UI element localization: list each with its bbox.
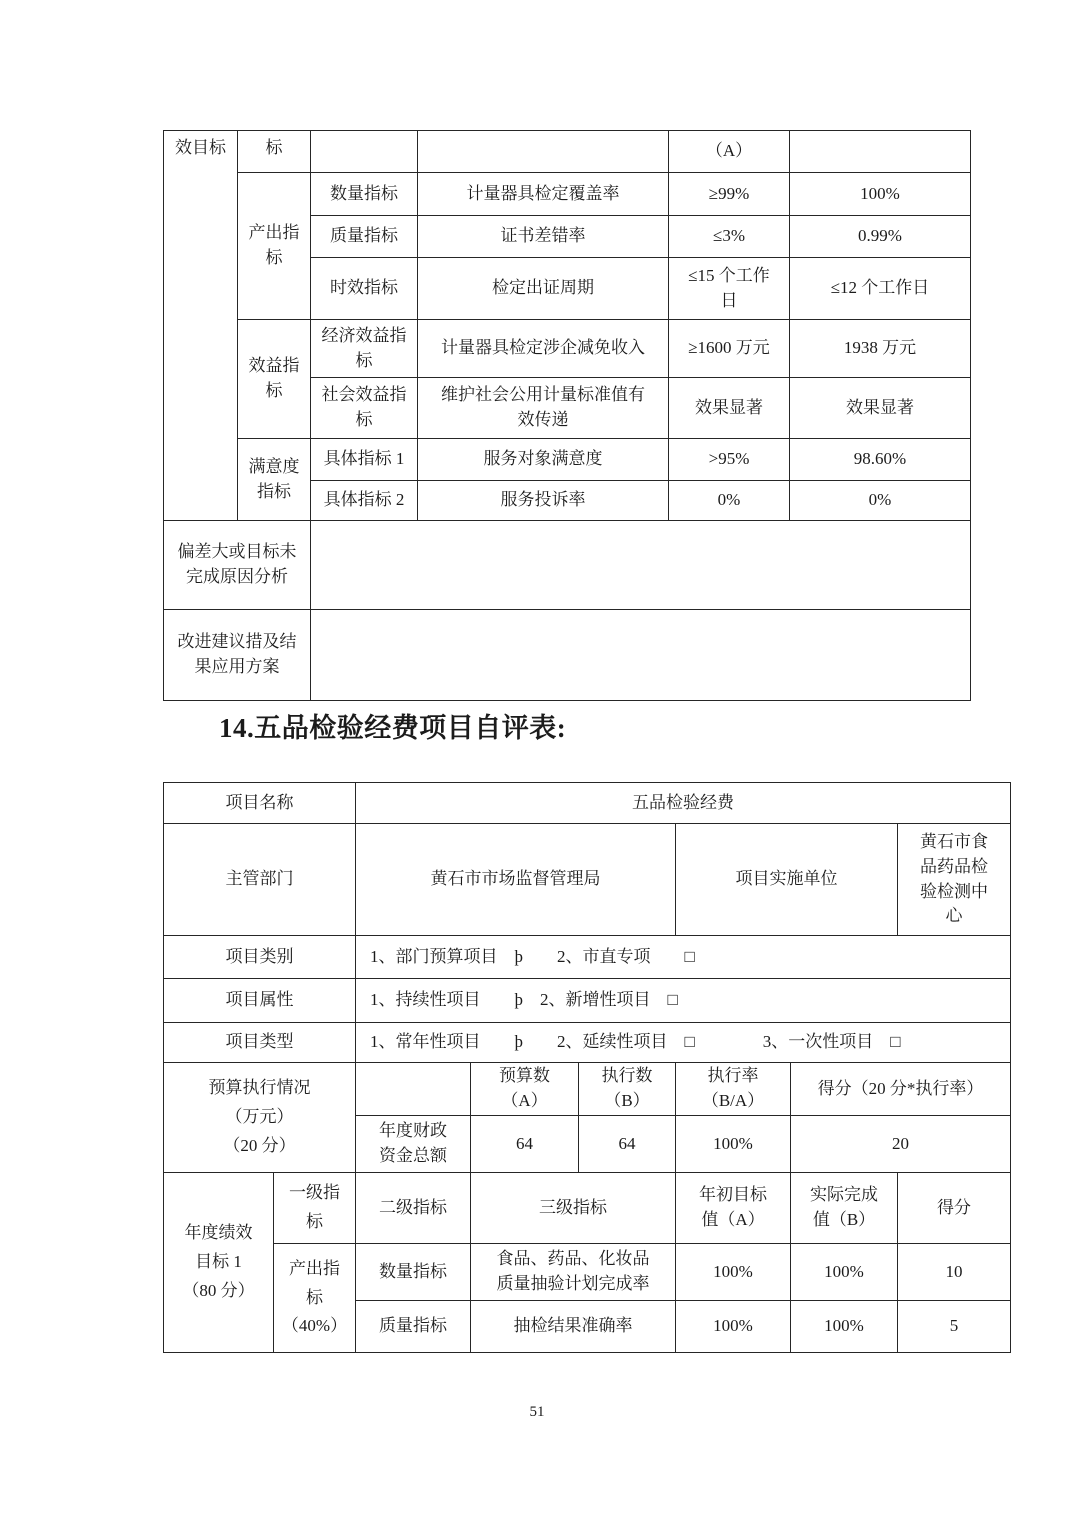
improvement-value [311, 610, 971, 701]
t2-row-budget-header: 预算执行情况 （万元） （20 分） 预算数 （A） 执行数 （B） 执行率 （… [164, 1063, 1011, 1116]
budget-value-score: 20 [791, 1116, 1011, 1173]
deviation-label: 偏差大或目标未 完成原因分析 [164, 521, 311, 610]
t1-level2-cell: 具体指标 1 [311, 439, 418, 481]
perf-level2-cell: 数量指标 [356, 1244, 471, 1301]
impl-value: 黄石市食 品药品检 验检测中 心 [898, 824, 1011, 936]
t1-level3-cell: 服务对象满意度 [418, 439, 669, 481]
t2-row-project-name: 项目名称 五品检验经费 [164, 783, 1011, 824]
perf-actual-header: 实际完成 值（B） [791, 1173, 898, 1244]
perf-label: 年度绩效 目标 1 （80 分） [164, 1173, 274, 1353]
section-heading: 14.五品检验经费项目自评表: [219, 706, 566, 745]
t1-level2-cell: 社会效益指 标 [311, 378, 418, 439]
t1-col5-partial: （A） [669, 131, 790, 173]
t1-actual-cell: 效果显著 [790, 378, 971, 439]
t1-level3-cell: 计量器具检定涉企减免收入 [418, 320, 669, 378]
performance-indicators-table: 效目标 标 （A） 产出指 标 数量指标 计量器具检定覆盖率 ≥99% 100%… [163, 130, 971, 701]
category-value: 1、部门预算项目 þ 2、市直专项 □ [356, 936, 1011, 979]
perf-score-cell: 5 [898, 1301, 1011, 1353]
budget-label: 预算执行情况 （万元） （20 分） [164, 1063, 356, 1173]
t2-row-category: 项目类别 1、部门预算项目 þ 2、市直专项 □ [164, 936, 1011, 979]
t1-group-satisfaction: 满意度 指标 [238, 439, 311, 521]
dept-value: 黄石市市场监督管理局 [356, 824, 676, 936]
t1-level3-cell: 证书差错率 [418, 216, 669, 258]
perf-target-header: 年初目标 值（A） [676, 1173, 791, 1244]
t1-row-satisfaction1: 满意度 指标 具体指标 1 服务对象满意度 >95% 98.60% [164, 439, 971, 481]
t1-actual-cell: 98.60% [790, 439, 971, 481]
t1-target-cell: >95% [669, 439, 790, 481]
perf-actual-cell: 100% [791, 1301, 898, 1353]
t1-target-cell: 效果显著 [669, 378, 790, 439]
perf-score-cell: 10 [898, 1244, 1011, 1301]
t1-group-output: 产出指 标 [238, 173, 311, 320]
t1-target-cell: ≥1600 万元 [669, 320, 790, 378]
budget-value-executed: 64 [579, 1116, 676, 1173]
budget-header-planned: 预算数 （A） [471, 1063, 579, 1116]
perf-actual-cell: 100% [791, 1244, 898, 1301]
budget-row-label: 年度财政 资金总额 [356, 1116, 471, 1173]
perf-level3-cell: 食品、药品、化妆品 质量抽验计划完成率 [471, 1244, 676, 1301]
empty-cell [418, 131, 669, 173]
t1-level3-cell: 服务投诉率 [418, 481, 669, 521]
project-name-label: 项目名称 [164, 783, 356, 824]
t1-row-deviation: 偏差大或目标未 完成原因分析 [164, 521, 971, 610]
perf-level3-header: 三级指标 [471, 1173, 676, 1244]
t1-level2-cell: 经济效益指 标 [311, 320, 418, 378]
t2-row-department: 主管部门 黄石市市场监督管理局 项目实施单位 黄石市食 品药品检 验检测中 心 [164, 824, 1011, 936]
t1-row-partial: 效目标 标 （A） [164, 131, 971, 173]
budget-value-rate: 100% [676, 1116, 791, 1173]
attribute-label: 项目属性 [164, 979, 356, 1023]
deviation-value [311, 521, 971, 610]
t1-level2-cell: 质量指标 [311, 216, 418, 258]
perf-target-cell: 100% [676, 1244, 791, 1301]
perf-level2-cell: 质量指标 [356, 1301, 471, 1353]
empty-cell [311, 131, 418, 173]
t1-col2-partial: 标 [238, 131, 311, 173]
t2-row-perf-quantity: 产出指 标 （40%） 数量指标 食品、药品、化妆品 质量抽验计划完成率 100… [164, 1244, 1011, 1301]
attribute-value: 1、持续性项目 þ 2、新增性项目 □ [356, 979, 1011, 1023]
perf-level2-header: 二级指标 [356, 1173, 471, 1244]
budget-header-rate: 执行率 （B/A） [676, 1063, 791, 1116]
type-label: 项目类型 [164, 1023, 356, 1063]
document-page: 效目标 标 （A） 产出指 标 数量指标 计量器具检定覆盖率 ≥99% 100%… [0, 0, 1074, 1520]
t1-actual-cell: 100% [790, 173, 971, 216]
t1-level2-cell: 时效指标 [311, 258, 418, 320]
dept-label: 主管部门 [164, 824, 356, 936]
t1-target-cell: ≤3% [669, 216, 790, 258]
project-name-value: 五品检验经费 [356, 783, 1011, 824]
t1-level2-cell: 具体指标 2 [311, 481, 418, 521]
t1-actual-cell: ≤12 个工作日 [790, 258, 971, 320]
t1-row-economic: 效益指 标 经济效益指 标 计量器具检定涉企减免收入 ≥1600 万元 1938… [164, 320, 971, 378]
t1-target-cell: ≤15 个工作 日 [669, 258, 790, 320]
empty-cell [790, 131, 971, 173]
budget-value-planned: 64 [471, 1116, 579, 1173]
t1-level3-cell: 计量器具检定覆盖率 [418, 173, 669, 216]
perf-group-label: 产出指 标 （40%） [274, 1244, 356, 1353]
t1-level3-cell: 检定出证周期 [418, 258, 669, 320]
type-value: 1、常年性项目 þ 2、延续性项目 □ 3、一次性项目 □ [356, 1023, 1011, 1063]
t2-row-type: 项目类型 1、常年性项目 þ 2、延续性项目 □ 3、一次性项目 □ [164, 1023, 1011, 1063]
t1-actual-cell: 0% [790, 481, 971, 521]
t1-group-benefit: 效益指 标 [238, 320, 311, 439]
t1-target-cell: 0% [669, 481, 790, 521]
t1-left-header: 效目标 [164, 131, 238, 521]
impl-label: 项目实施单位 [676, 824, 898, 936]
improvement-label: 改进建议措及结 果应用方案 [164, 610, 311, 701]
page-number: 51 [0, 1404, 1074, 1421]
t1-row-quantity: 产出指 标 数量指标 计量器具检定覆盖率 ≥99% 100% [164, 173, 971, 216]
perf-level3-cell: 抽检结果准确率 [471, 1301, 676, 1353]
t1-actual-cell: 1938 万元 [790, 320, 971, 378]
perf-target-cell: 100% [676, 1301, 791, 1353]
t1-level3-cell: 维护社会公用计量标准值有 效传递 [418, 378, 669, 439]
t1-row-improvement: 改进建议措及结 果应用方案 [164, 610, 971, 701]
budget-header-executed: 执行数 （B） [579, 1063, 676, 1116]
empty-cell [356, 1063, 471, 1116]
t2-row-perf-header: 年度绩效 目标 1 （80 分） 一级指 标 二级指标 三级指标 年初目标 值（… [164, 1173, 1011, 1244]
perf-level1-header: 一级指 标 [274, 1173, 356, 1244]
category-label: 项目类别 [164, 936, 356, 979]
t2-row-attribute: 项目属性 1、持续性项目 þ 2、新增性项目 □ [164, 979, 1011, 1023]
project-self-eval-table: 项目名称 五品检验经费 主管部门 黄石市市场监督管理局 项目实施单位 黄石市食 … [163, 782, 1011, 1353]
t1-actual-cell: 0.99% [790, 216, 971, 258]
t1-level2-cell: 数量指标 [311, 173, 418, 216]
perf-score-header: 得分 [898, 1173, 1011, 1244]
budget-header-score: 得分（20 分*执行率） [791, 1063, 1011, 1116]
t1-target-cell: ≥99% [669, 173, 790, 216]
